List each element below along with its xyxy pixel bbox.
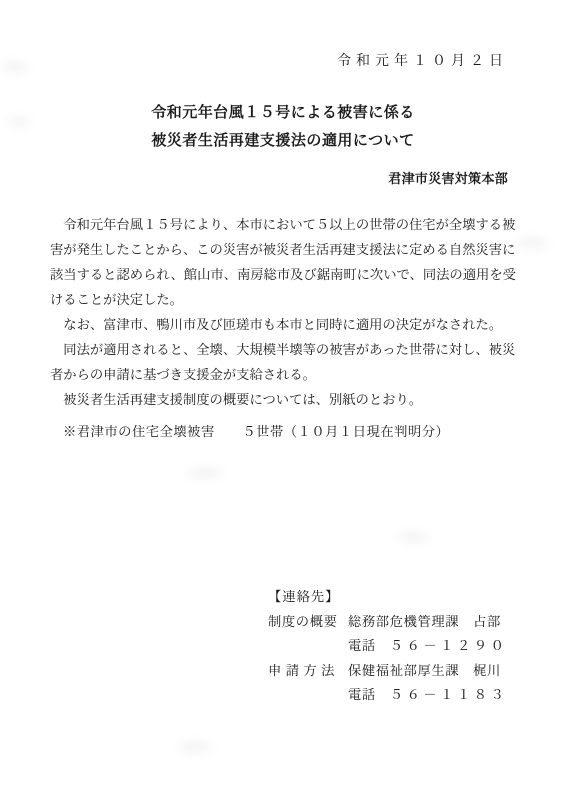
- body-paragraph-3: 同法が適用されると、全壊、大規模半壊等の被害があった世帯に対し、被災者からの申請…: [50, 337, 518, 387]
- phone-number-application: ５６－１１８３: [390, 687, 508, 702]
- phone-number-overview: ５６－１２９０: [390, 638, 508, 653]
- scan-artifact: [398, 532, 428, 542]
- contact-value-application: 保健福祉部厚生課 梶川: [348, 663, 501, 678]
- scan-artifact: [518, 238, 548, 248]
- phone-label-overview: 電話: [348, 638, 376, 653]
- scan-artifact: [188, 468, 222, 478]
- scan-artifact: [178, 742, 212, 752]
- document-date: 令和元年１０月２日: [337, 52, 508, 72]
- issuing-authority: 君津市災害対策本部: [388, 170, 508, 188]
- contact-row-application: 申請方法保健福祉部厚生課 梶川: [268, 659, 528, 684]
- body-paragraph-4: 被災者生活再建支援制度の概要については、別紙のとおり。: [50, 387, 518, 412]
- scan-artifact: [2, 62, 28, 72]
- contact-row-overview: 制度の概要総務部危機管理課 占部: [268, 610, 528, 635]
- title-line-2: 被災者生活再建支援法の適用について: [0, 127, 566, 155]
- contact-label-application: 申請方法: [268, 659, 348, 684]
- damage-note: ※君津市の住宅全壊被害 ５世帯（１０月１日現在判明分）: [63, 420, 449, 444]
- contact-heading: 【連絡先】: [268, 585, 528, 610]
- contact-row-overview-phone: 電話５６－１２９０: [268, 634, 528, 659]
- phone-label-application: 電話: [348, 687, 376, 702]
- contact-section: 【連絡先】 制度の概要総務部危機管理課 占部 電話５６－１２９０ 申請方法保健福…: [268, 585, 528, 708]
- scanned-document-page: 令和元年１０月２日 令和元年台風１５号による被害に係る 被災者生活再建支援法の適…: [0, 0, 566, 800]
- document-title: 令和元年台風１５号による被害に係る 被災者生活再建支援法の適用について: [0, 99, 566, 155]
- document-body: 令和元年台風１５号により、本市において５以上の世帯の住宅が全壊する被害が発生した…: [50, 212, 518, 412]
- title-line-1: 令和元年台風１５号による被害に係る: [0, 99, 566, 127]
- contact-row-application-phone: 電話５６－１１８３: [268, 683, 528, 708]
- contact-label-overview: 制度の概要: [268, 610, 348, 635]
- contact-value-overview: 総務部危機管理課 占部: [348, 614, 501, 629]
- body-paragraph-1: 令和元年台風１５号により、本市において５以上の世帯の住宅が全壊する被害が発生した…: [50, 212, 518, 312]
- body-paragraph-2: なお、富津市、鴨川市及び匝瑳市も本市と同時に適用の決定がなされた。: [50, 312, 518, 337]
